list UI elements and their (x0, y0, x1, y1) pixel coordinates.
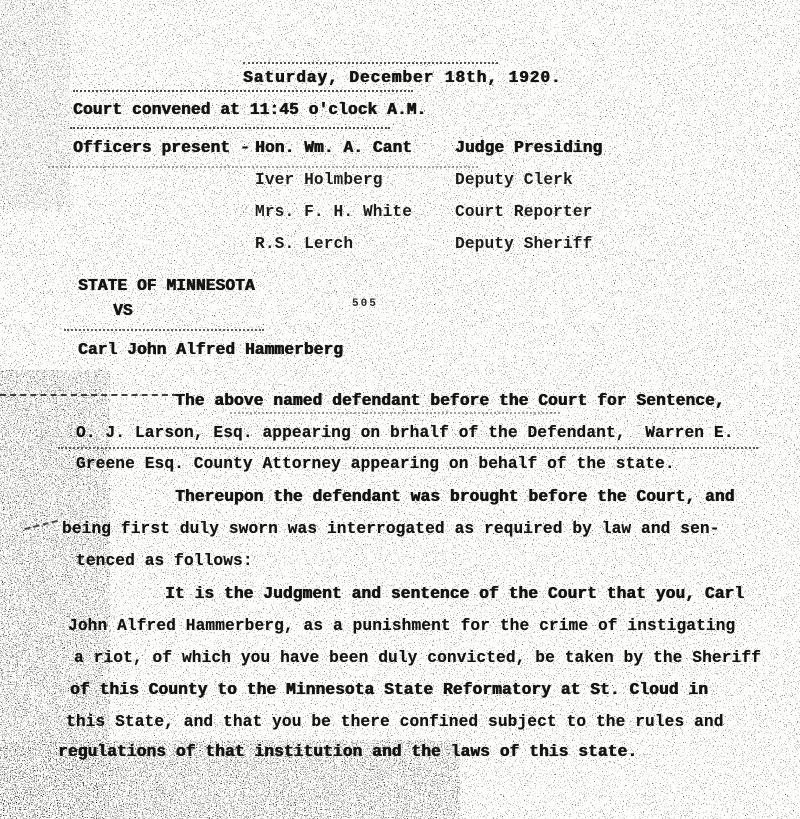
officer-role: Judge Presiding (455, 140, 602, 156)
officer-name: Hon. Wm. A. Cant (255, 140, 412, 156)
scan-artifact-line (230, 412, 560, 414)
officers-present-label: Officers present - (73, 140, 250, 156)
body-text-line: O. J. Larson, Esq. appearing on brhalf o… (76, 425, 734, 441)
body-text-line: It is the Judgment and sentence of the C… (165, 586, 744, 602)
officer-name: R.S. Lerch (255, 236, 353, 252)
officer-name: Mrs. F. H. White (255, 204, 412, 220)
session-date-line: Saturday, December 18th, 1920. (243, 70, 561, 86)
body-text-line: The above named defendant before the Cou… (175, 393, 725, 409)
body-text-line: regulations of that institution and the … (58, 744, 637, 760)
scan-artifact-line (73, 90, 413, 92)
versus-label: VS (113, 303, 133, 319)
body-text-line: John Alfred Hammerberg, as a punishment … (68, 618, 735, 634)
plaintiff-name: STATE OF MINNESOTA (78, 278, 255, 294)
defendant-name: Carl John Alfred Hammerberg (78, 342, 343, 358)
body-text-line: Thereupon the defendant was brought befo… (175, 489, 734, 505)
body-text-line: of this County to the Minnesota State Re… (70, 682, 708, 698)
noise-field-top-left (0, 0, 70, 210)
scan-artifact-line (70, 127, 390, 129)
officer-name: Iver Holmberg (255, 172, 383, 188)
court-convened-line: Court convened at 11:45 o'clock A.M. (73, 102, 426, 118)
body-text-line: a riot, of which you have been duly conv… (74, 650, 761, 666)
body-text-line: tenced as follows: (76, 553, 253, 569)
officer-role: Deputy Clerk (455, 172, 573, 188)
scan-artifact-smudge (24, 520, 57, 530)
case-number-stamp: 505 (352, 298, 378, 310)
scan-artifact-line (243, 62, 498, 64)
scan-artifact-line (0, 394, 178, 396)
scan-artifact-line (64, 329, 264, 331)
officer-role: Court Reporter (455, 204, 592, 220)
body-text-line: being first duly sworn was interrogated … (62, 521, 720, 537)
body-text-line: Greene Esq. County Attorney appearing on… (76, 456, 675, 472)
officer-role: Deputy Sheriff (455, 236, 592, 252)
scan-artifact-line (58, 447, 758, 449)
scan-artifact-line (48, 166, 478, 168)
court-record-scan-page: Saturday, December 18th, 1920. Court con… (0, 0, 800, 819)
body-text-line: this State, and that you be there confin… (66, 714, 724, 730)
